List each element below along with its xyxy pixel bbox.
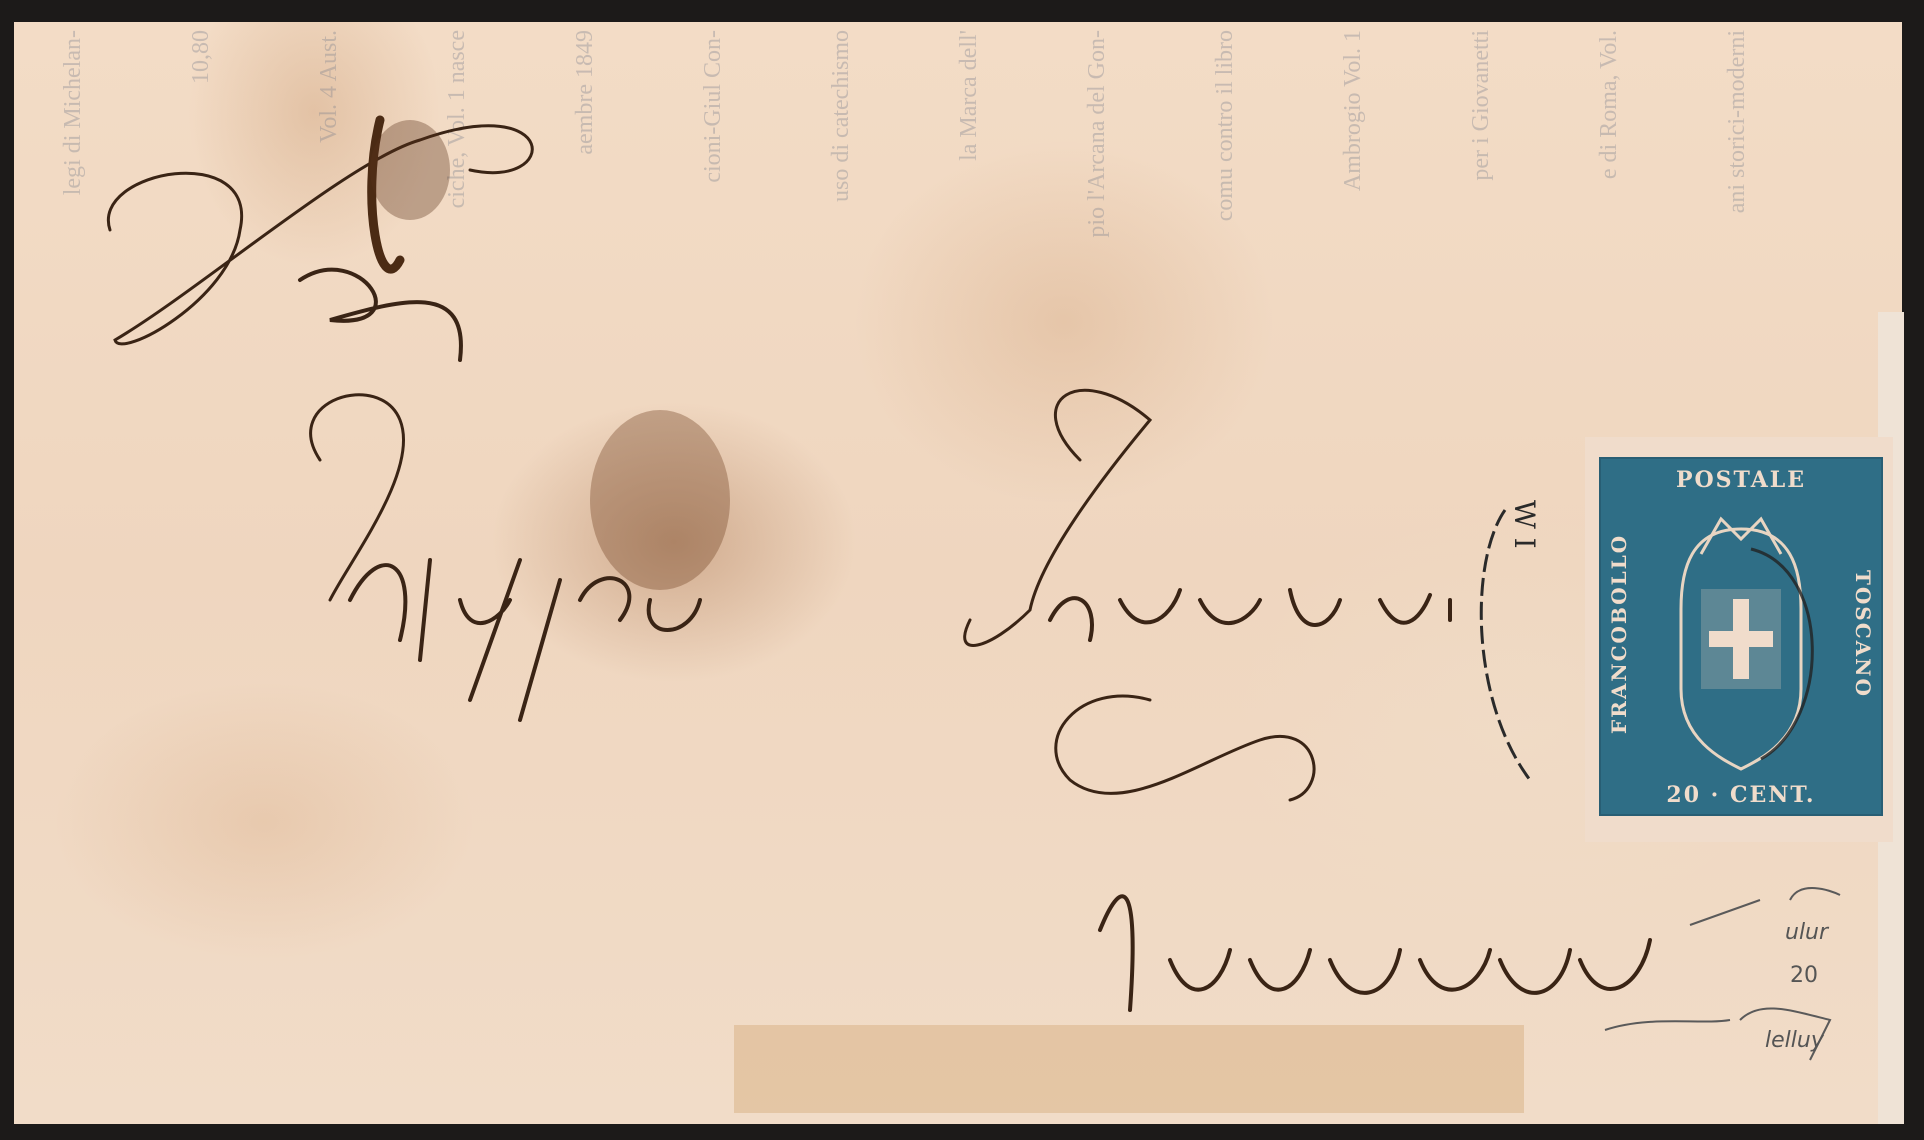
postage-stamp: POSTALE FRANCOBOLLO TOSCANO 20 · CENT. [1585,437,1893,842]
postmark-letters: W I [1508,500,1541,549]
stamp-value-text: 20 · CENT. [1601,782,1881,808]
pencil-line-3: lelluy [1765,1028,1828,1053]
coat-of-arms-icon [1601,459,1881,814]
stamp-design: POSTALE FRANCOBOLLO TOSCANO 20 · CENT. [1599,457,1883,816]
flourish-stroke [108,126,532,344]
pencil-line-2: 20 [1790,963,1828,988]
pencil-line-1: ulur [1785,920,1828,945]
pencil-notation: ulur 20 lelluy [1745,920,1828,1053]
